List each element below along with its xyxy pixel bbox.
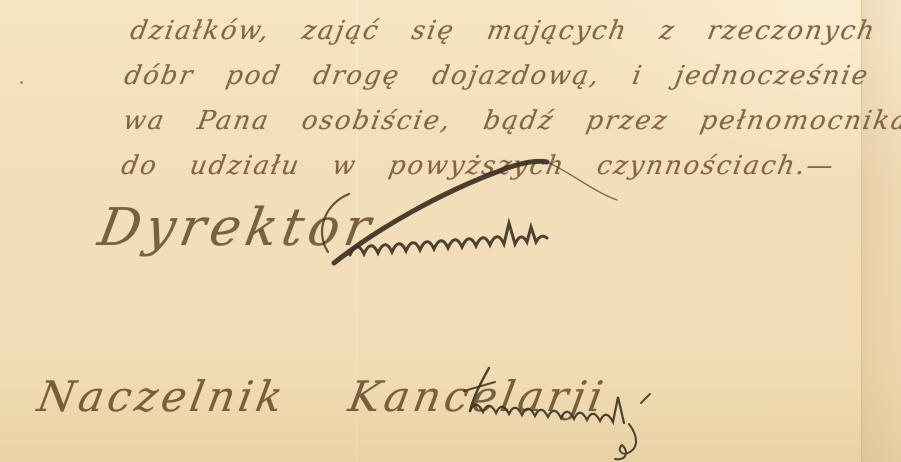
ink-speck: [20, 81, 23, 84]
handwritten-line-4: do udziału w powyższych czynnościach.—: [119, 151, 837, 181]
director-title: Dyrektor: [94, 198, 380, 258]
scanned-document-page: działków, zająć się mających z rzeczonyc…: [0, 0, 901, 462]
handwritten-line-3: wa Pana osobiście, bądź przez pełnomocni…: [121, 106, 901, 136]
handwritten-line-2: dóbr pod drogę dojazdową, i jednocześnie…: [122, 61, 901, 91]
chancellery-title: Naczelnik Kancelarji: [34, 372, 611, 421]
handwritten-line-1: działków, zająć się mających z rzeczonyc…: [128, 16, 879, 46]
